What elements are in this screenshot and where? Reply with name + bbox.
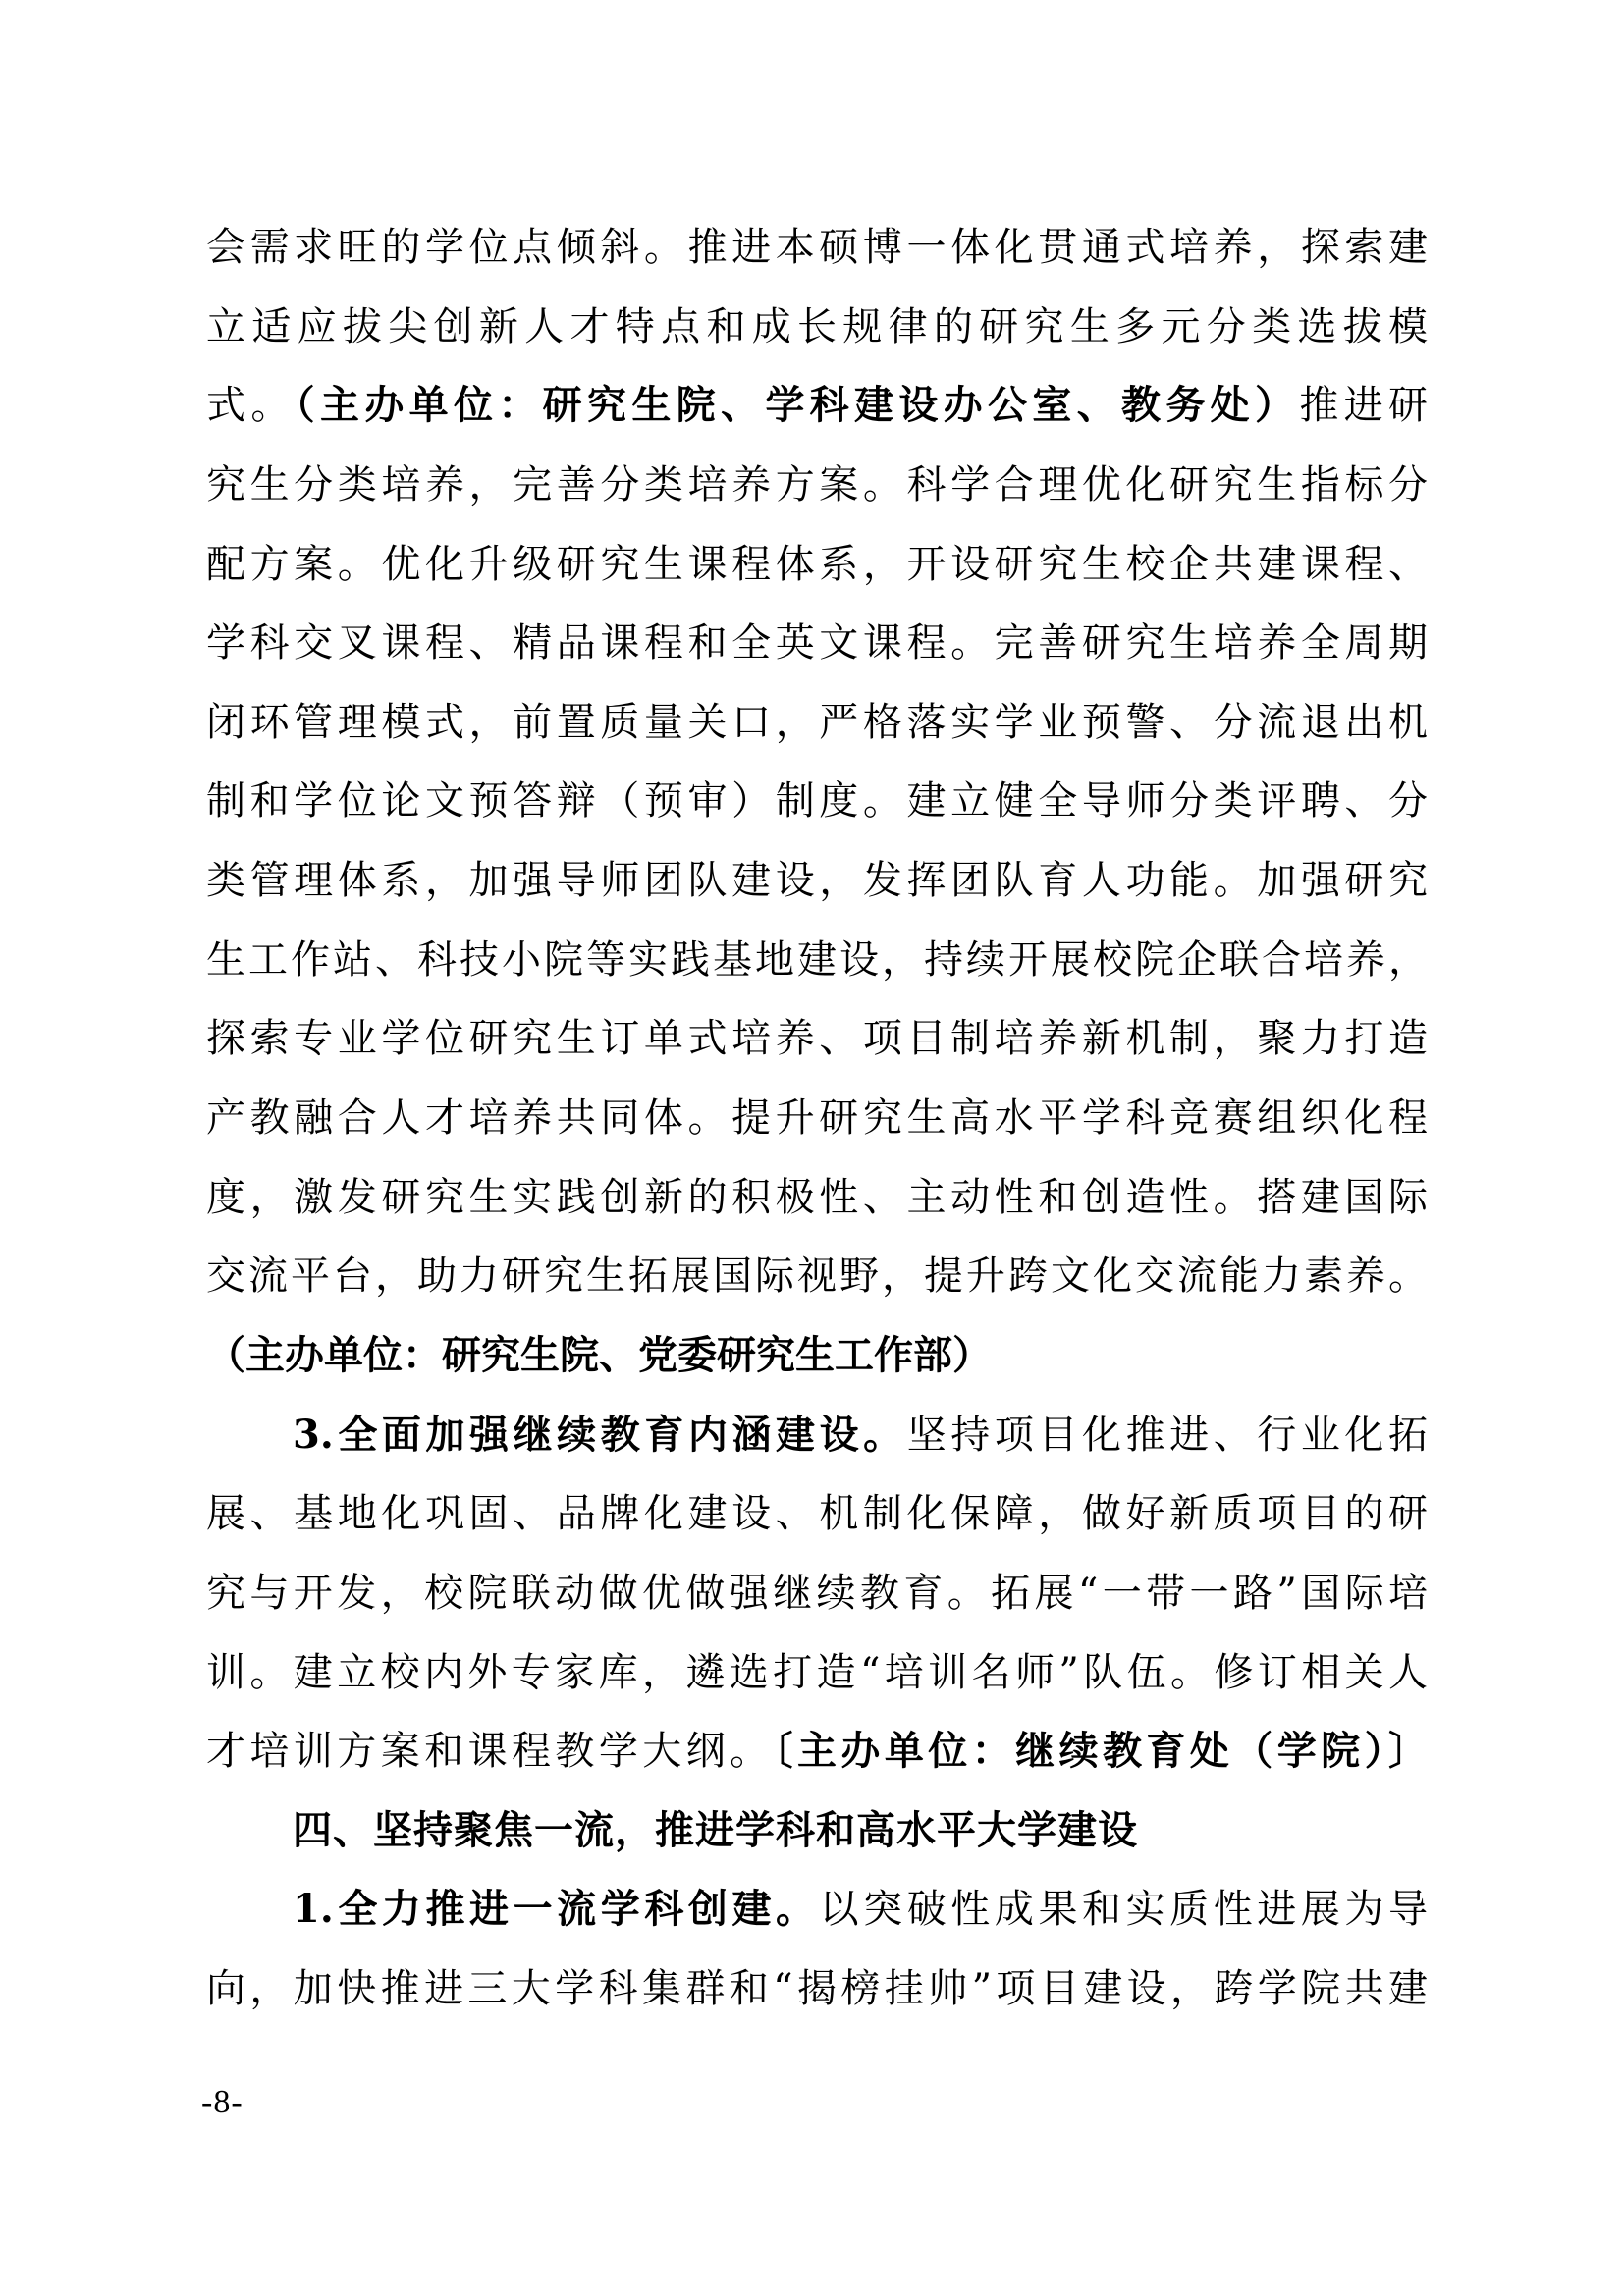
line-text: 究生分类培养，完善分类培养方案。科学合理优化研究生指标分 bbox=[206, 462, 1428, 507]
line-text: 类管理体系，加强导师团队建设，发挥团队育人功能。加强研究 bbox=[206, 858, 1428, 903]
text-line-12: 产教融合人才培养共同体。提升研究生高水平学科竞赛组织化程 bbox=[206, 1079, 1428, 1158]
line-text: 以突破性成果和实质性进展为导 bbox=[820, 1887, 1428, 1932]
text-line-18: 究与开发，校院联动做优做强继续教育。拓展“一带一路”国际培 bbox=[206, 1554, 1428, 1633]
line-text: 推进研 bbox=[1299, 383, 1428, 428]
text-line-2: 立适应拔尖创新人才特点和成长规律的研究生多元分类选拔模 bbox=[206, 288, 1428, 367]
line-text: 向，加快推进三大学科集群和“揭榜挂帅”项目建设，跨学院共建 bbox=[206, 1966, 1428, 2011]
text-line-19: 训。建立校内外专家库，遴选打造“培训名师”队伍。修订相关人 bbox=[206, 1633, 1428, 1713]
line-text: 配方案。优化升级研究生课程体系，开设研究生校企共建课程、 bbox=[206, 542, 1428, 587]
text-line-16: 3.全面加强继续教育内涵建设。坚持项目化推进、行业化拓 bbox=[206, 1396, 1428, 1475]
text-line-11: 探索专业学位研究生订单式培养、项目制培养新机制，聚力打造 bbox=[206, 999, 1428, 1079]
text-line-14: 交流平台，助力研究生拓展国际视野，提升跨文化交流能力素养。 bbox=[206, 1237, 1428, 1316]
text-line-1: 会需求旺的学位点倾斜。推进本硕博一体化贯通式培养，探索建 bbox=[206, 208, 1428, 288]
line-text: 会需求旺的学位点倾斜。推进本硕博一体化贯通式培养，探索建 bbox=[206, 225, 1428, 270]
text-line-10: 生工作站、科技小院等实践基地建设，持续开展校院企联合培养， bbox=[206, 921, 1428, 1000]
text-line-22: 1.全力推进一流学科创建。以突破性成果和实质性进展为导 bbox=[206, 1870, 1428, 1949]
text-line-17: 展、基地化巩固、品牌化建设、机制化保障，做好新质项目的研 bbox=[206, 1474, 1428, 1554]
sponsor-note: 〔主办单位：继续教育处（学院）〕 bbox=[774, 1729, 1428, 1774]
section-heading-text: 四、坚持聚焦一流，推进学科和高水平大学建设 bbox=[293, 1808, 1138, 1853]
line-text: 究与开发，校院联动做优做强继续教育。拓展“一带一路”国际培 bbox=[206, 1571, 1428, 1616]
subsection-title: 3.全面加强继续教育内涵建设。 bbox=[293, 1412, 907, 1458]
section-heading: 四、坚持聚焦一流，推进学科和高水平大学建设 bbox=[206, 1791, 1428, 1871]
line-text: 才培训方案和课程教学大纲。 bbox=[206, 1729, 774, 1774]
line-text: 生工作站、科技小院等实践基地建设，持续开展校院企联合培养， bbox=[206, 937, 1428, 983]
text-line-4: 究生分类培养，完善分类培养方案。科学合理优化研究生指标分 bbox=[206, 446, 1428, 525]
line-text: 制和学位论文预答辩（预审）制度。建立健全导师分类评聘、分 bbox=[206, 778, 1428, 824]
page-number: -8- bbox=[201, 2083, 244, 2122]
line-text: 训。建立校内外专家库，遴选打造“培训名师”队伍。修订相关人 bbox=[206, 1650, 1428, 1695]
text-line-23: 向，加快推进三大学科集群和“揭榜挂帅”项目建设，跨学院共建 bbox=[206, 1949, 1428, 2029]
line-text: 探索专业学位研究生订单式培养、项目制培养新机制，聚力打造 bbox=[206, 1016, 1428, 1061]
text-line-20: 才培训方案和课程教学大纲。〔主办单位：继续教育处（学院）〕 bbox=[206, 1712, 1428, 1791]
text-line-6: 学科交叉课程、精品课程和全英文课程。完善研究生培养全周期 bbox=[206, 604, 1428, 683]
line-text: 展、基地化巩固、品牌化建设、机制化保障，做好新质项目的研 bbox=[206, 1491, 1428, 1536]
line-text: 闭环管理模式，前置质量关口，严格落实学业预警、分流退出机 bbox=[206, 700, 1428, 745]
document-body: 会需求旺的学位点倾斜。推进本硕博一体化贯通式培养，探索建 立适应拔尖创新人才特点… bbox=[206, 208, 1428, 2029]
line-text: 坚持项目化推进、行业化拓 bbox=[907, 1413, 1428, 1458]
line-text: 学科交叉课程、精品课程和全英文课程。完善研究生培养全周期 bbox=[206, 620, 1428, 666]
line-text: 交流平台，助力研究生拓展国际视野，提升跨文化交流能力素养。 bbox=[206, 1254, 1428, 1299]
line-text: 度，激发研究生实践创新的积极性、主动性和创造性。搭建国际 bbox=[206, 1175, 1428, 1220]
text-line-7: 闭环管理模式，前置质量关口，严格落实学业预警、分流退出机 bbox=[206, 683, 1428, 763]
subsection-title: 1.全力推进一流学科创建。 bbox=[293, 1886, 820, 1932]
line-text: 立适应拔尖创新人才特点和成长规律的研究生多元分类选拔模 bbox=[206, 304, 1428, 349]
text-line-13: 度，激发研究生实践创新的积极性、主动性和创造性。搭建国际 bbox=[206, 1158, 1428, 1238]
text-line-3: 式。（主办单位：研究生院、学科建设办公室、教务处）推进研 bbox=[206, 366, 1428, 446]
text-line-9: 类管理体系，加强导师团队建设，发挥团队育人功能。加强研究 bbox=[206, 841, 1428, 921]
text-line-15: （主办单位：研究生院、党委研究生工作部） bbox=[206, 1316, 1428, 1396]
line-text: 产教融合人才培养共同体。提升研究生高水平学科竞赛组织化程 bbox=[206, 1095, 1428, 1141]
line-text: 式。 bbox=[206, 383, 296, 428]
text-line-5: 配方案。优化升级研究生课程体系，开设研究生校企共建课程、 bbox=[206, 525, 1428, 605]
sponsor-note: （主办单位：研究生院、学科建设办公室、教务处） bbox=[296, 383, 1300, 428]
text-line-8: 制和学位论文预答辩（预审）制度。建立健全导师分类评聘、分 bbox=[206, 762, 1428, 841]
sponsor-note: （主办单位：研究生院、党委研究生工作部） bbox=[206, 1333, 992, 1378]
